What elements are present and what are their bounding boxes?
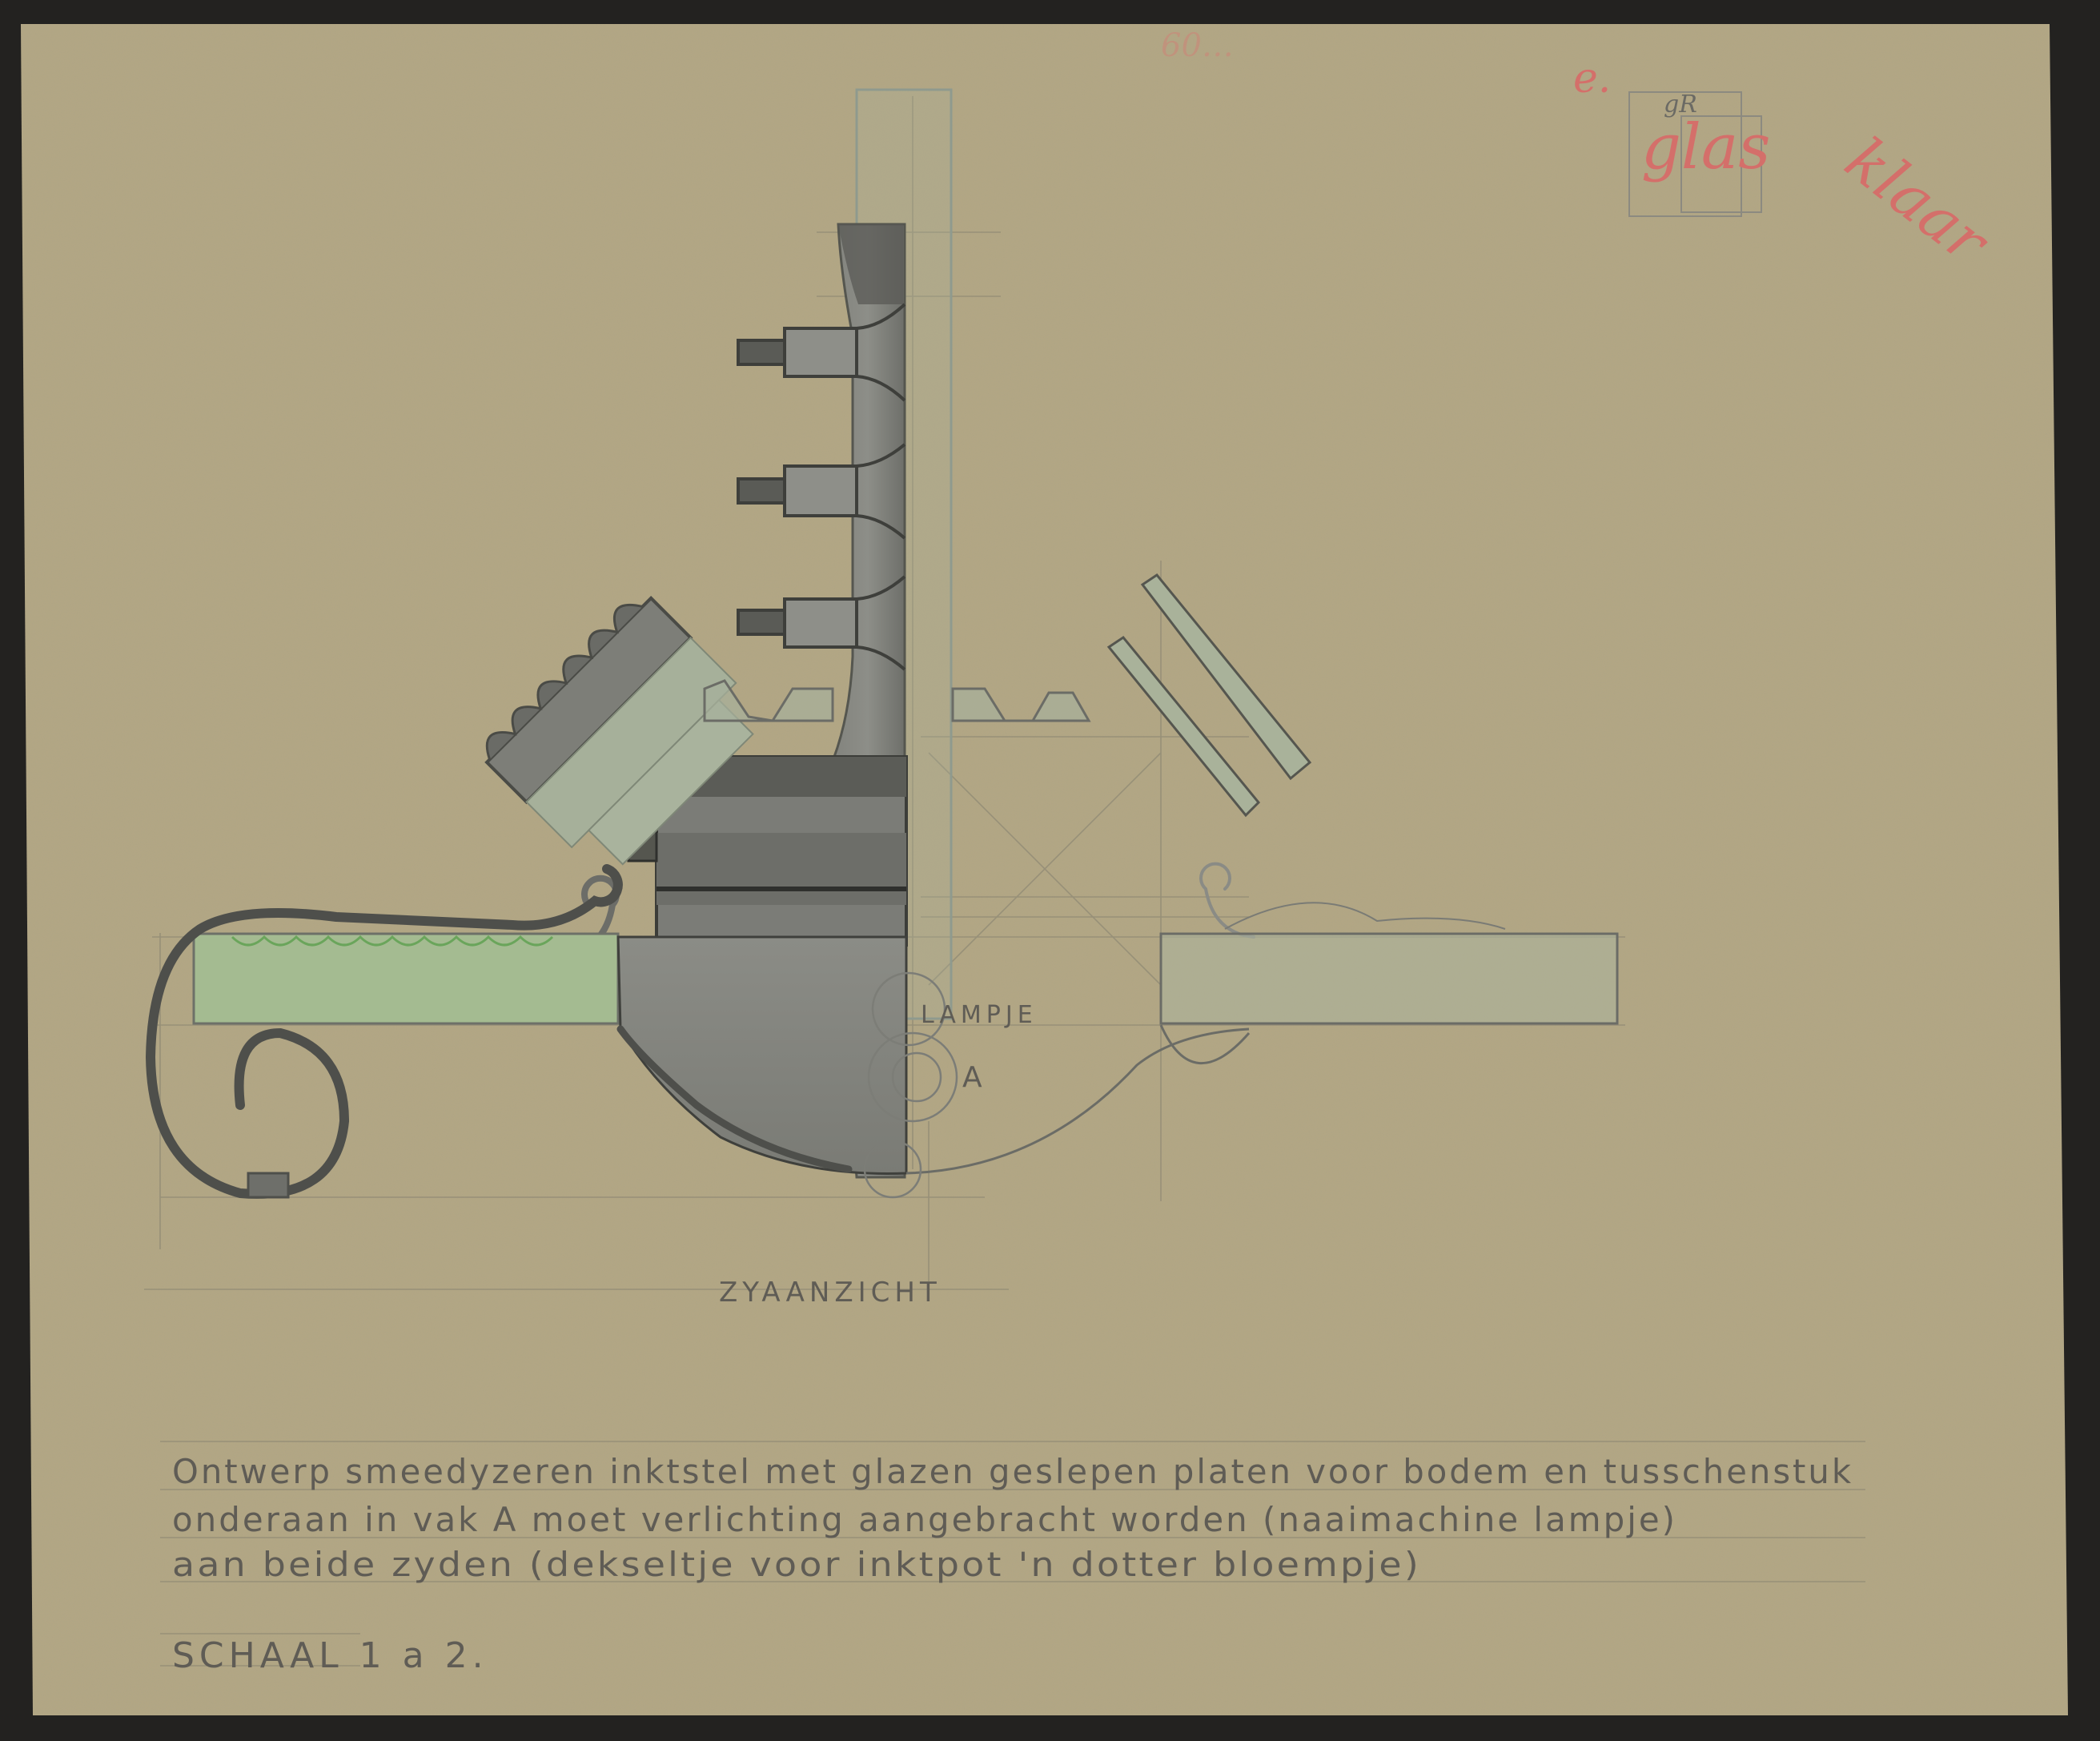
caption-line-2: onderaan in vak A moet verlichting aange… bbox=[172, 1500, 1677, 1539]
lamp-label: LAMPJE bbox=[921, 1001, 1038, 1029]
red-note-left: e. bbox=[1573, 54, 1611, 103]
glass-plate-green bbox=[194, 934, 618, 1023]
compartment-label: A bbox=[962, 1061, 985, 1094]
pencil-note-small: gR bbox=[1664, 90, 1697, 119]
caption-line-1: Ontwerp smeedyzeren inktstel met glazen … bbox=[172, 1452, 1853, 1491]
red-note-glas: glas bbox=[1641, 111, 1770, 183]
red-note-top: 60… bbox=[1161, 27, 1234, 64]
drawing-sheet: LAMPJE A ZYAANZICHT 60… e. glas gR klaar… bbox=[0, 0, 2100, 1741]
view-label: ZYAANZICHT bbox=[719, 1277, 942, 1309]
caption-line-3: aan beide zyden (dekseltje voor inktpot … bbox=[172, 1545, 1421, 1584]
scale-label: SCHAAL 1 a 2. bbox=[172, 1635, 488, 1676]
